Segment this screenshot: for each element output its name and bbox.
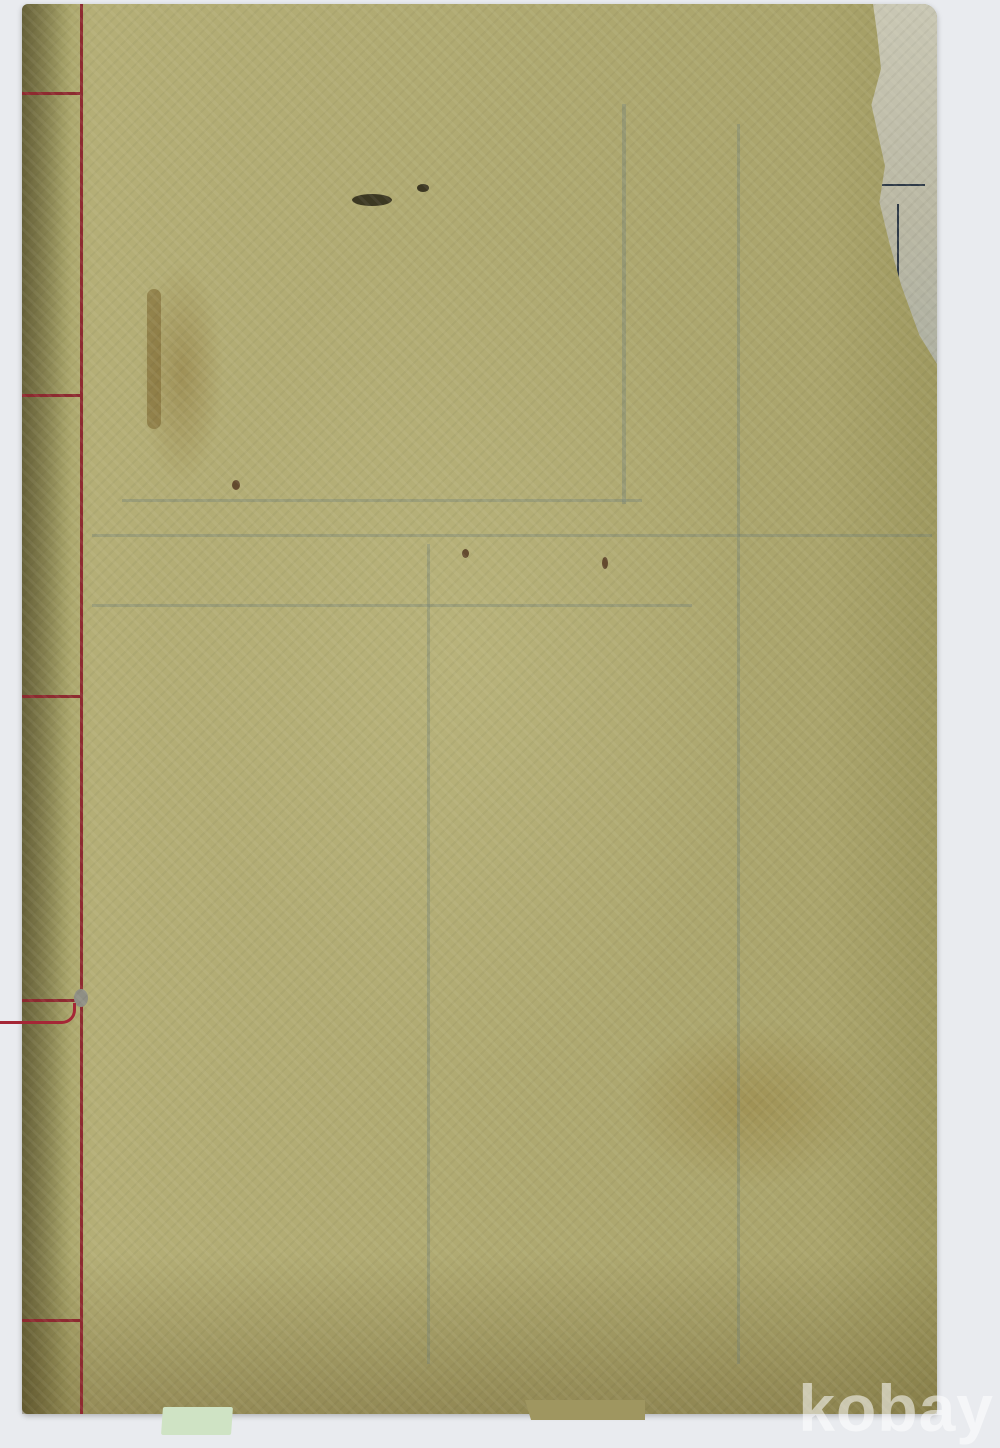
water-stain [147,289,161,429]
ink-stain [417,184,429,192]
binding-stitch [22,92,83,95]
show-through-rule [622,104,626,504]
show-through-rule [427,544,430,1364]
protruding-page-edge [525,1400,645,1420]
show-through-rule [737,124,740,1364]
loose-thread-end [0,1003,76,1024]
show-through-rule [92,604,692,607]
green-page-tab [161,1407,233,1435]
binding-stitch [22,394,83,397]
book-cover [22,4,937,1414]
torn-corner [857,4,937,364]
spot-stain [602,557,608,569]
printed-rule [897,204,899,284]
show-through-rule [122,499,642,502]
ink-stain [352,194,392,206]
binding-stitch [22,695,83,698]
binding-stitch [22,1319,83,1322]
printed-rule [870,184,925,186]
spine-shadow [22,4,72,1414]
watermark-logo: kobay [798,1370,994,1446]
binding-thread-vertical [80,4,83,1414]
spot-stain [232,480,240,490]
show-through-rule [92,534,932,537]
thread-knot [74,989,88,1007]
spot-stain [462,549,469,558]
